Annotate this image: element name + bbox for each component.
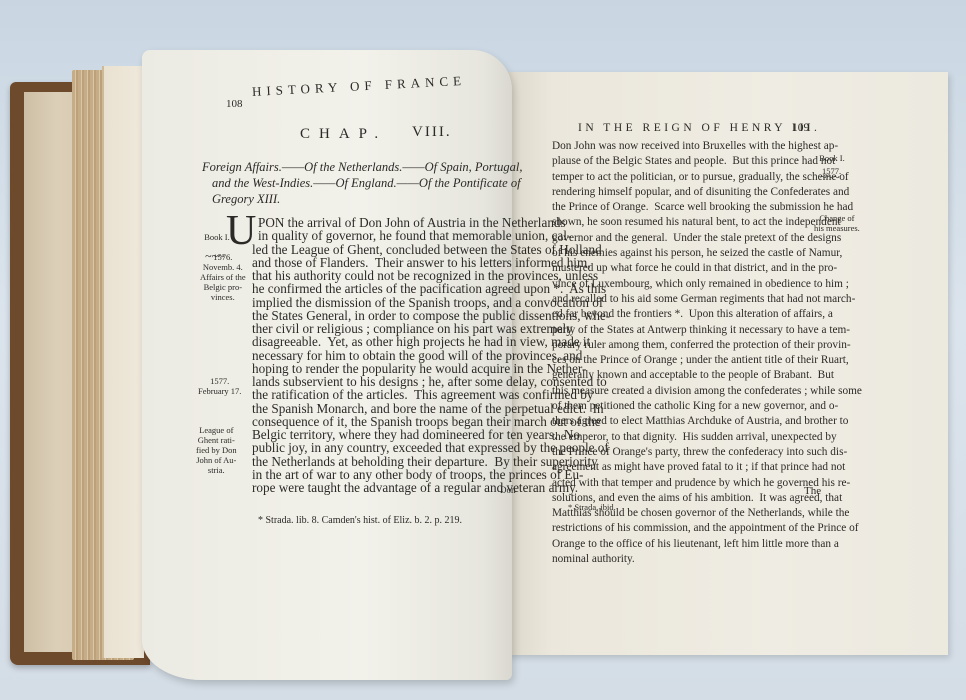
- margin-note: League of Ghent rati- fied by Don John o…: [196, 425, 237, 475]
- body-line: ces on the Prince of Orange ; under the …: [552, 353, 862, 368]
- margin-note-text: Book I.: [819, 153, 845, 163]
- body-line: and recalled to his aid some German regi…: [552, 292, 862, 307]
- margin-note: 1577.: [822, 166, 841, 176]
- body-line: thers agreed to elect Matthias Archduke …: [552, 414, 862, 429]
- right-running-head: IN THE REIGN OF HENRY III.: [578, 122, 820, 134]
- body-line: rope were taught the advantage of a regu…: [252, 478, 578, 497]
- body-line: mustered up what force he could in that …: [552, 261, 862, 276]
- chapter-summary-line: Gregory XIII.: [212, 192, 280, 207]
- margin-note: Change of his measures.: [814, 213, 860, 233]
- margin-note-text: Book I.: [204, 232, 230, 242]
- body-line: of his enemies against his person, he se…: [552, 246, 862, 261]
- left-footnote: * Strada. lib. 8. Camden's hist. of Eliz…: [258, 515, 462, 526]
- body-line: of them petitioned the catholic King for…: [552, 399, 862, 414]
- body-line: porary ruler among them, conferred the p…: [552, 338, 862, 353]
- body-line: agreement as might have proved fatal to …: [552, 460, 862, 475]
- body-line: governor and the general. Under the stal…: [552, 231, 862, 246]
- left-catchword: Don: [500, 485, 516, 495]
- margin-note: 1577. February 17.: [198, 376, 241, 396]
- left-page-number: 108: [226, 98, 243, 110]
- body-line: party of the States at Antwerp thinking …: [552, 323, 862, 338]
- body-line: Orange to the office of his lieutenant, …: [552, 537, 862, 552]
- body-line: the Prince of Orange's party, threw the …: [552, 445, 862, 460]
- margin-note: 1576. Novemb. 4. Affairs of the Belgic p…: [200, 252, 246, 302]
- right-catchword: The: [804, 485, 821, 497]
- page-edges-light: [102, 66, 144, 658]
- chapter-summary-line: and the West-Indies.——Of England.——Of th…: [212, 176, 521, 191]
- right-page-number: 109: [792, 122, 809, 134]
- body-line: generally known and acceptable to the pe…: [552, 368, 862, 383]
- body-line: ed far beyond the frontiers *. Upon this…: [552, 307, 862, 322]
- right-footnote: * Strada, ibid.: [568, 502, 616, 512]
- body-line: the emperor, to that dignity. His sudden…: [552, 430, 862, 445]
- body-line: this measure created a division among th…: [552, 384, 862, 399]
- chapter-label: CHAP.: [300, 126, 387, 143]
- chapter-number: VIII.: [412, 124, 452, 141]
- body-line: vince of Luxembourg, which only remained…: [552, 277, 862, 292]
- chapter-summary-line: Foreign Affairs.——Of the Netherlands.——O…: [202, 160, 523, 175]
- body-line: nominal authority.: [552, 552, 862, 567]
- body-line: restrictions of his commission, and the …: [552, 521, 862, 536]
